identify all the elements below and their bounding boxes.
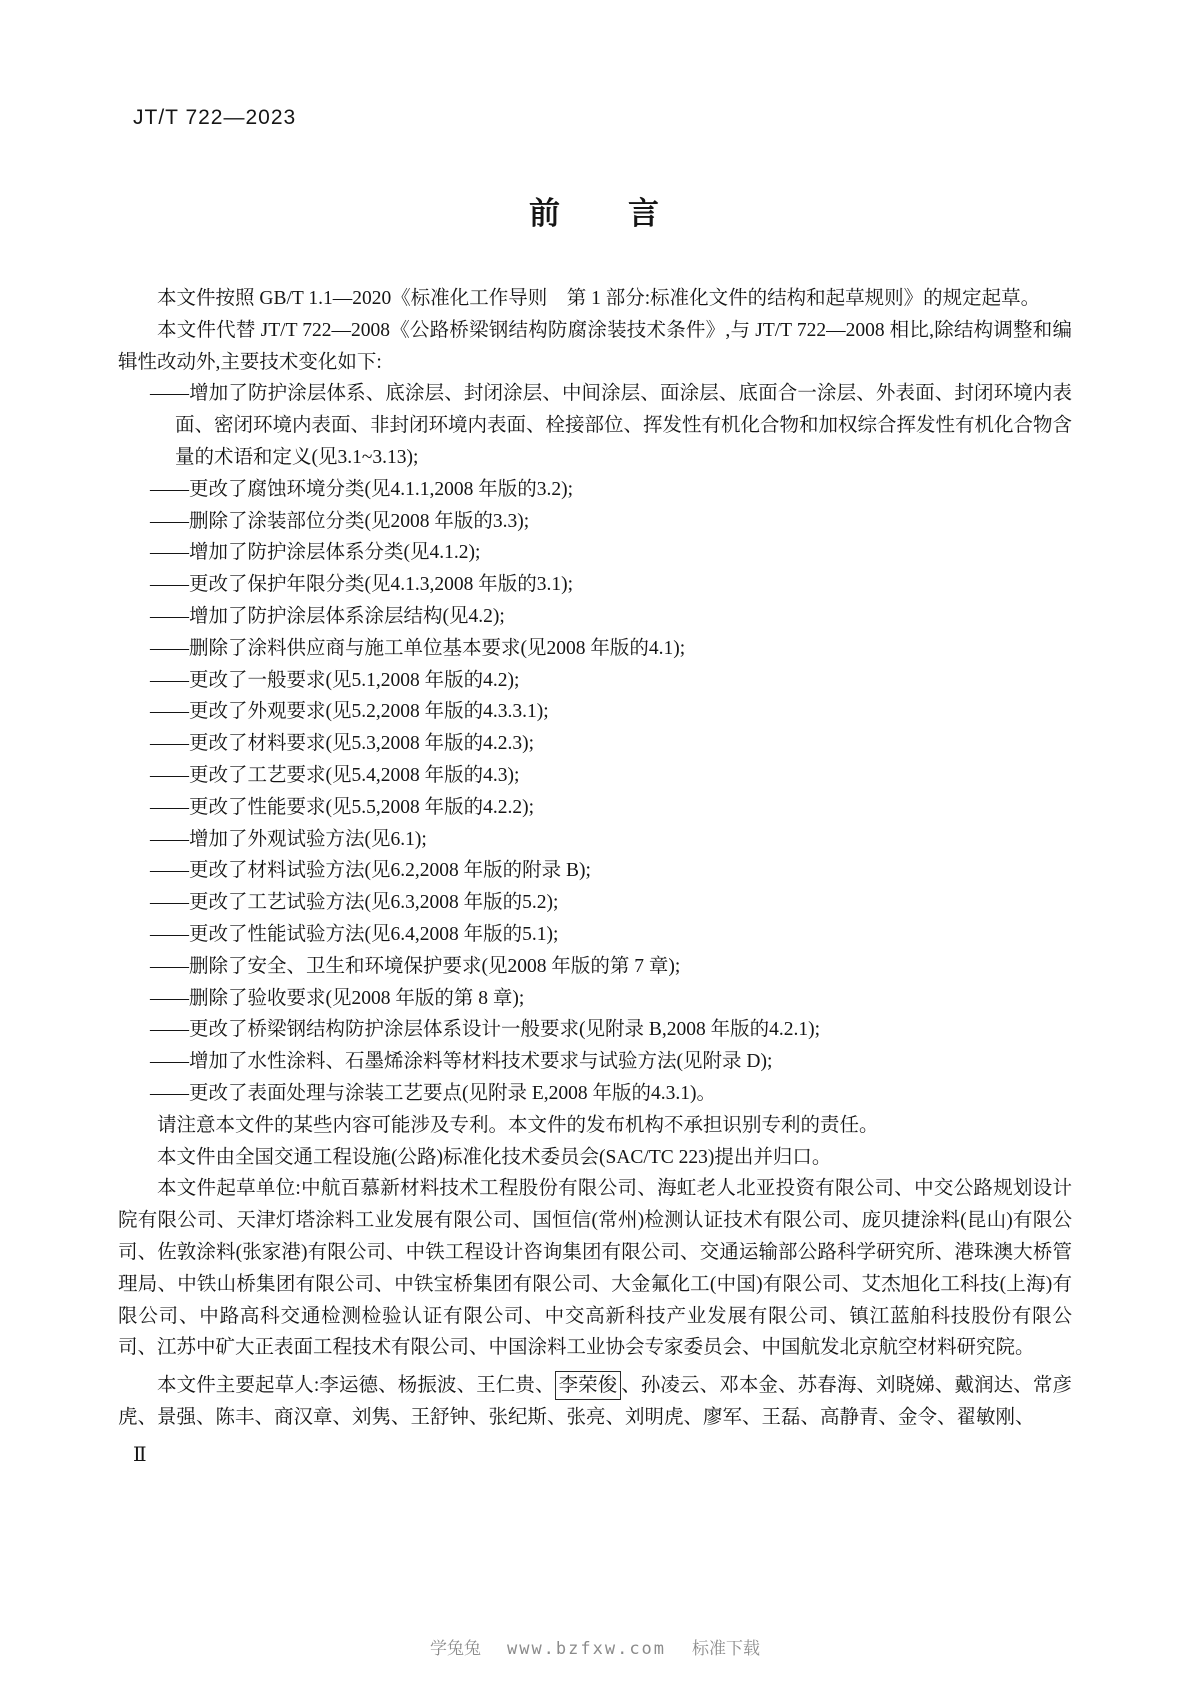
change-item: ——更改了性能试验方法(见6.4,2008 年版的5.1); [118,919,1072,951]
change-item: ——更改了材料要求(见5.3,2008 年版的4.2.3); [118,728,1072,760]
committee-note: 本文件由全国交通工程设施(公路)标准化技术委员会(SAC/TC 223)提出并归… [118,1142,1072,1174]
change-item: ——更改了工艺试验方法(见6.3,2008 年版的5.2); [118,887,1072,919]
change-item: ——更改了材料试验方法(见6.2,2008 年版的附录 B); [118,855,1072,887]
change-item: ——删除了涂装部位分类(见2008 年版的3.3); [118,506,1072,538]
intro-paragraph: 本文件代替 JT/T 722—2008《公路桥梁钢结构防腐涂装技术条件》,与 J… [118,315,1072,379]
change-item: ——更改了一般要求(见5.1,2008 年版的4.2); [118,665,1072,697]
drafting-organizations: 本文件起草单位:中航百慕新材料技术工程股份有限公司、海虹老人北亚投资有限公司、中… [118,1173,1072,1364]
standard-code: JT/T 722—2023 [133,106,1072,130]
intro-paragraph: 本文件按照 GB/T 1.1—2020《标准化工作导则 第 1 部分:标准化文件… [118,283,1072,315]
technical-changes-list: ——增加了防护涂层体系、底涂层、封闭涂层、中间涂层、面涂层、底面合一涂层、外表面… [118,378,1072,1109]
change-item: ——更改了桥梁钢结构防护涂层体系设计一般要求(见附录 B,2008 年版的4.2… [118,1014,1072,1046]
standard-document-page: JT/T 722—2023 前 言 本文件按照 GB/T 1.1—2020《标准… [0,0,1190,1683]
watermark-footer: 学兔兔www.bzfxw.com标准下载 [0,1634,1190,1659]
boxed-drafter-name: 李荣俊 [555,1371,622,1400]
patent-note: 请注意本文件的某些内容可能涉及专利。本文件的发布机构不承担识别专利的责任。 [118,1110,1072,1142]
change-item: ——更改了外观要求(见5.2,2008 年版的4.3.3.1); [118,696,1072,728]
change-item: ——增加了水性涂料、石墨烯涂料等材料技术要求与试验方法(见附录 D); [118,1046,1072,1078]
foreword-body: 本文件按照 GB/T 1.1—2020《标准化工作导则 第 1 部分:标准化文件… [118,283,1072,1471]
page-number: Ⅱ [133,1440,1072,1472]
change-item: ——删除了涂料供应商与施工单位基本要求(见2008 年版的4.1); [118,633,1072,665]
change-item: ——删除了安全、卫生和环境保护要求(见2008 年版的第 7 章); [118,951,1072,983]
change-item: ——增加了防护涂层体系涂层结构(见4.2); [118,601,1072,633]
change-item: ——删除了验收要求(见2008 年版的第 8 章); [118,983,1072,1015]
change-item: ——增加了防护涂层体系分类(见4.1.2); [118,537,1072,569]
change-item: ——增加了防护涂层体系、底涂层、封闭涂层、中间涂层、面涂层、底面合一涂层、外表面… [118,378,1072,473]
change-item: ——更改了表面处理与涂装工艺要点(见附录 E,2008 年版的4.3.1)。 [118,1078,1072,1110]
page-title: 前 言 [118,188,1072,233]
change-item: ——增加了外观试验方法(见6.1); [118,824,1072,856]
change-item: ——更改了性能要求(见5.5,2008 年版的4.2.2); [118,792,1072,824]
change-item: ——更改了保护年限分类(见4.1.3,2008 年版的3.1); [118,569,1072,601]
watermark-site-url: www.bzfxw.com [507,1639,666,1659]
drafters-prefix: 本文件主要起草人:李运德、杨振波、王仁贵、 [157,1375,555,1396]
change-item: ——更改了腐蚀环境分类(见4.1.1,2008 年版的3.2); [118,474,1072,506]
change-item: ——更改了工艺要求(见5.4,2008 年版的4.3); [118,760,1072,792]
drafters-paragraph: 本文件主要起草人:李运德、杨振波、王仁贵、李荣俊、孙凌云、邓本金、苏春海、刘晓娣… [118,1370,1072,1434]
watermark-site-name: 学兔兔 [430,1639,481,1658]
watermark-label: 标准下载 [692,1639,760,1658]
